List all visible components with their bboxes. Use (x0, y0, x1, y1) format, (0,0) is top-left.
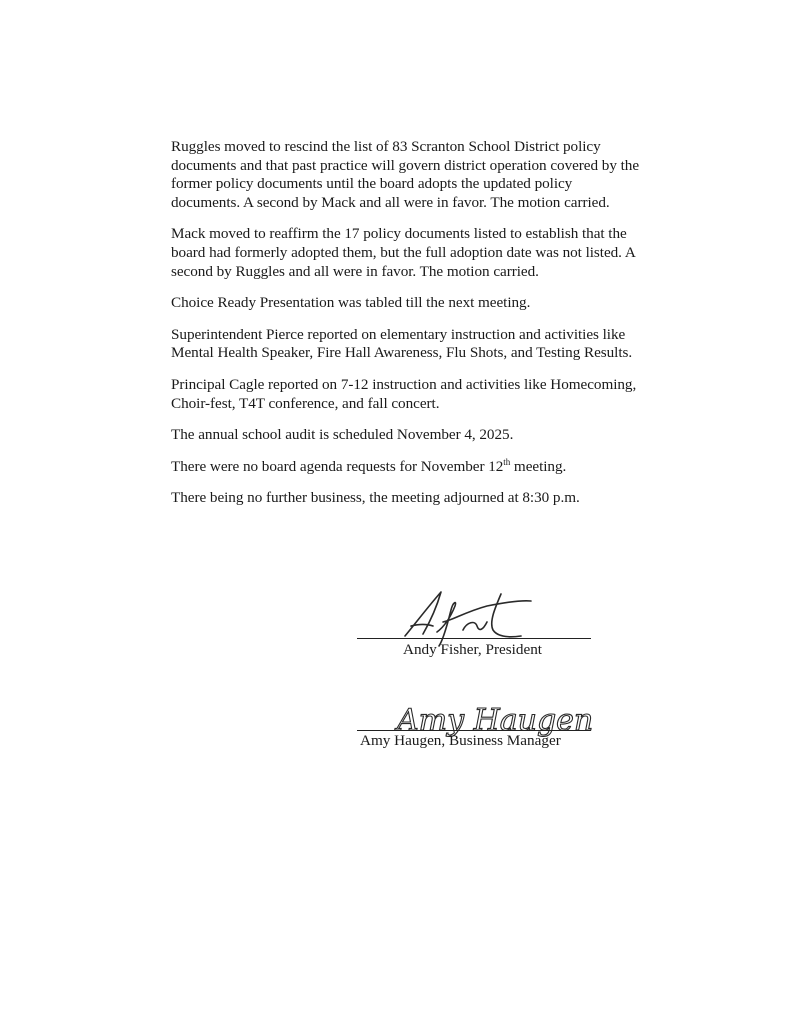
document-page: Ruggles moved to rescind the list of 83 … (0, 0, 791, 1024)
paragraph-audit-schedule: The annual school audit is scheduled Nov… (171, 426, 641, 445)
paragraph-principal-report: Principal Cagle reported on 7-12 instruc… (171, 376, 641, 413)
business-manager-signature-caption: Amy Haugen, Business Manager (360, 732, 561, 750)
minutes-body: Ruggles moved to rescind the list of 83 … (171, 138, 641, 521)
paragraph-choice-ready: Choice Ready Presentation was tabled til… (171, 294, 641, 313)
paragraph-superintendent-report: Superintendent Pierce reported on elemen… (171, 326, 641, 363)
paragraph-reaffirm-motion: Mack moved to reaffirm the 17 policy doc… (171, 225, 641, 281)
paragraph-adjournment: There being no further business, the mee… (171, 489, 641, 508)
agenda-requests-tail: meeting. (510, 458, 566, 475)
president-signature-caption: Andy Fisher, President (403, 641, 542, 659)
business-manager-signature-block: Amy Haugen Amy Haugen, Business Manager (357, 694, 591, 754)
president-signature-line (357, 638, 591, 639)
paragraph-rescind-motion: Ruggles moved to rescind the list of 83 … (171, 138, 641, 212)
agenda-requests-text: There were no board agenda requests for … (171, 458, 503, 475)
paragraph-agenda-requests: There were no board agenda requests for … (171, 458, 641, 477)
business-manager-signature-line (357, 730, 591, 731)
president-signature-block: Andy Fisher, President (357, 586, 591, 666)
